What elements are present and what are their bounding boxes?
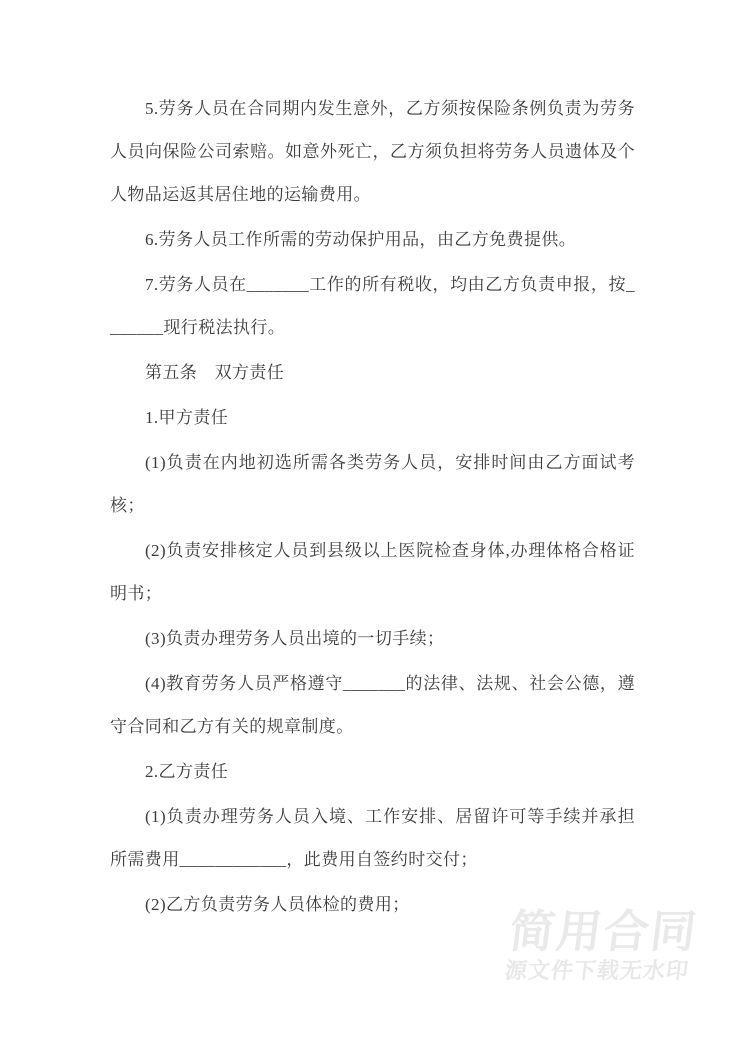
party-a-duty-4: (4)教育劳务人员严格遵守_______的法律、法规、社会公德，遵守合同和乙方有… xyxy=(110,662,635,748)
contract-body: 5.劳务人员在合同期内发生意外，乙方须按保险条例负责为劳务人员向保险公司索赔。如… xyxy=(110,87,635,928)
party-a-duty-1: (1)负责在内地初选所需各类劳务人员，安排时间由乙方面试考核； xyxy=(110,441,635,527)
party-a-duty-2: (2)负责安排核定人员到县级以上医院检查身体,办理体格合格证明书； xyxy=(110,529,635,615)
article-5-heading: 第五条 双方责任 xyxy=(110,351,635,394)
watermark-subtitle: 源文件下载无水印 xyxy=(503,958,726,986)
party-b-duty-1: (1)负责办理劳务人员入境、工作安排、居留许可等手续并承担所需费用_______… xyxy=(110,795,635,881)
party-a-duty-3: (3)负责办理劳务人员出境的一切手续； xyxy=(110,617,635,660)
contract-page: 5.劳务人员在合同期内发生意外，乙方须按保险条例负责为劳务人员向保险公司索赔。如… xyxy=(0,0,742,1049)
clause-item-5: 5.劳务人员在合同期内发生意外，乙方须按保险条例负责为劳务人员向保险公司索赔。如… xyxy=(110,87,635,216)
party-b-duties-heading: 2.乙方责任 xyxy=(110,750,635,793)
party-a-duties-heading: 1.甲方责任 xyxy=(110,396,635,439)
clause-item-6: 6.劳务人员工作所需的劳动保护用品，由乙方免费提供。 xyxy=(110,218,635,261)
party-b-duty-2: (2)乙方负责劳务人员体检的费用； xyxy=(110,883,635,926)
clause-item-7: 7.劳务人员在_______工作的所有税收，均由乙方负责申报，按_______现… xyxy=(110,263,635,349)
